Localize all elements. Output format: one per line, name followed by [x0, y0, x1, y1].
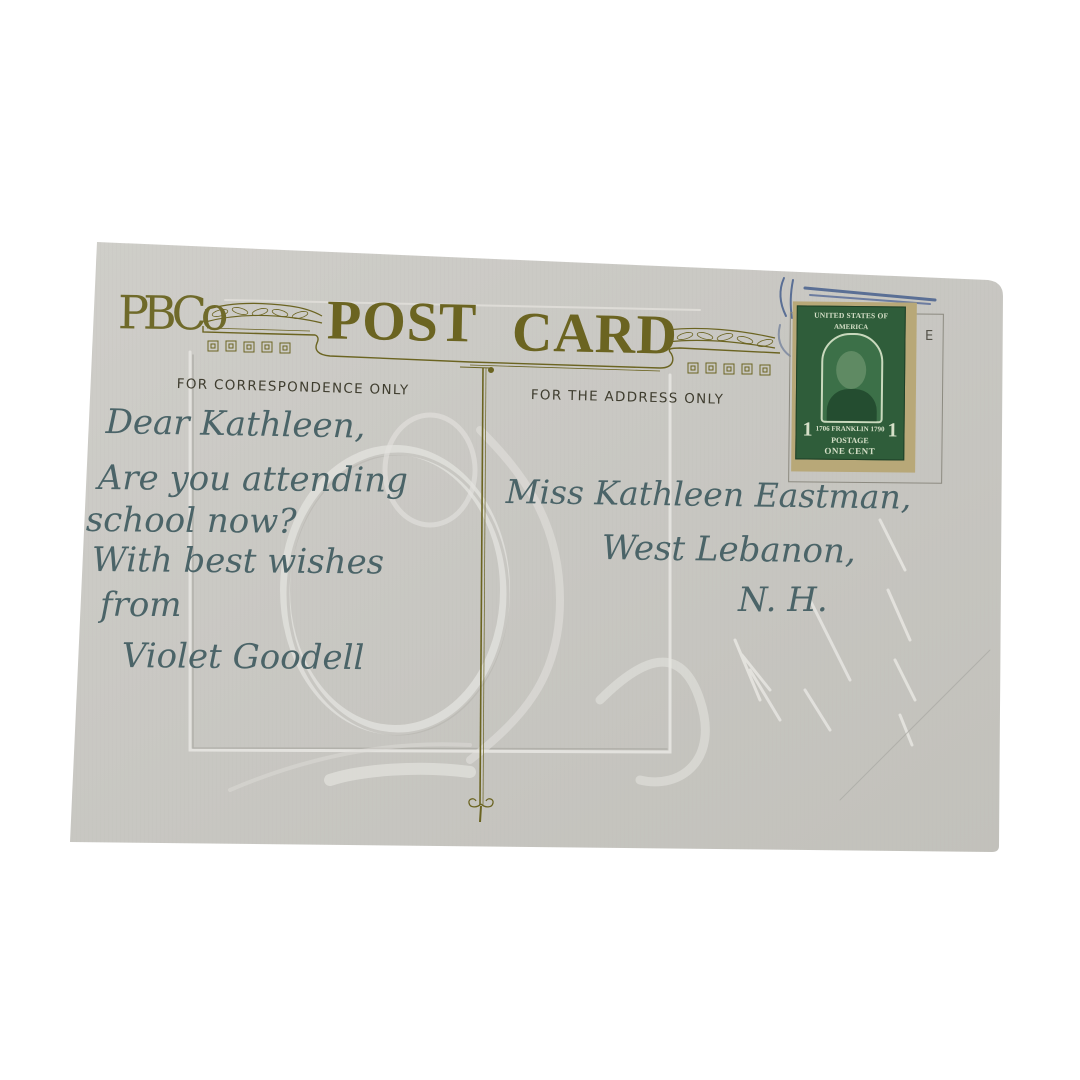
- postcard: PBCo POST CARD FOR CORRESPONDENCE ONLY F…: [0, 0, 1080, 1080]
- stamp-country-2: AMERICA: [798, 322, 905, 331]
- message-line: Dear Kathleen,: [105, 402, 365, 447]
- message-line: school now?: [86, 500, 297, 542]
- message-line: Are you attending: [98, 458, 408, 501]
- message-line: With best wishes: [92, 540, 385, 583]
- portrait-coat: [827, 389, 877, 422]
- postage-stamp: UNITED STATES OF AMERICA 1 1 1706 FRANKL…: [791, 301, 917, 472]
- address-line: West Lebanon,: [601, 528, 856, 572]
- portrait-face: [836, 351, 866, 389]
- stamp-value: ONE CENT: [796, 445, 903, 456]
- message-line: from: [100, 585, 182, 625]
- address-line: Miss Kathleen Eastman,: [505, 472, 911, 517]
- franklin-portrait-icon: [821, 333, 884, 424]
- stamp-box-text: E: [925, 329, 933, 344]
- stamp-design: UNITED STATES OF AMERICA 1 1 1706 FRANKL…: [795, 305, 906, 460]
- title-card: CARD: [511, 302, 678, 365]
- publisher-monogram: PBCo: [118, 289, 223, 336]
- stamp-caption: 1706 FRANKLIN 1790: [797, 424, 904, 433]
- title-post: POST: [326, 290, 477, 353]
- stamp-postage-label: POSTAGE: [796, 435, 903, 445]
- message-signature: Violet Goodell: [122, 636, 365, 678]
- stamp-country: UNITED STATES OF: [798, 310, 905, 320]
- address-line: N. H.: [738, 580, 828, 620]
